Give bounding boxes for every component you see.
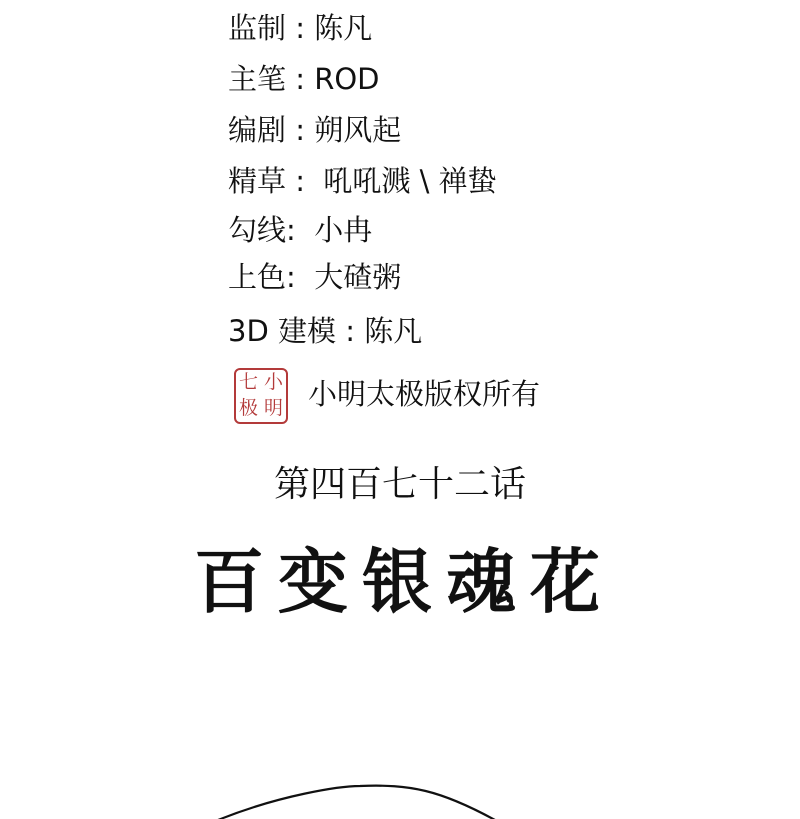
credit-line-art: 勾线: 小冉 (228, 212, 372, 248)
seal-char: 七 (236, 370, 261, 396)
seal-char: 极 (236, 396, 261, 422)
chapter-number: 第四百七十二话 (0, 463, 800, 507)
credit-lead-artist: 主笔 : ROD (228, 61, 380, 97)
seal-char: 明 (261, 396, 286, 422)
credit-writer: 编剧 : 朔风起 (228, 112, 401, 148)
copyright-notice: 小明太极版权所有 (308, 376, 540, 412)
credit-3d-modeling: 3D 建模 : 陈凡 (228, 313, 422, 349)
seal-stamp-icon: 七 小 极 明 (234, 368, 288, 424)
panel-arc-line (0, 700, 800, 819)
credit-rough-sketch: 精草 : 吼吼溅 \ 禅蛰 (228, 163, 497, 199)
credit-supervisor: 监制 : 陈凡 (228, 10, 372, 46)
chapter-title: 百变银魂花 (0, 540, 800, 624)
seal-char: 小 (261, 370, 286, 396)
credit-coloring: 上色: 大碴粥 (228, 259, 401, 295)
